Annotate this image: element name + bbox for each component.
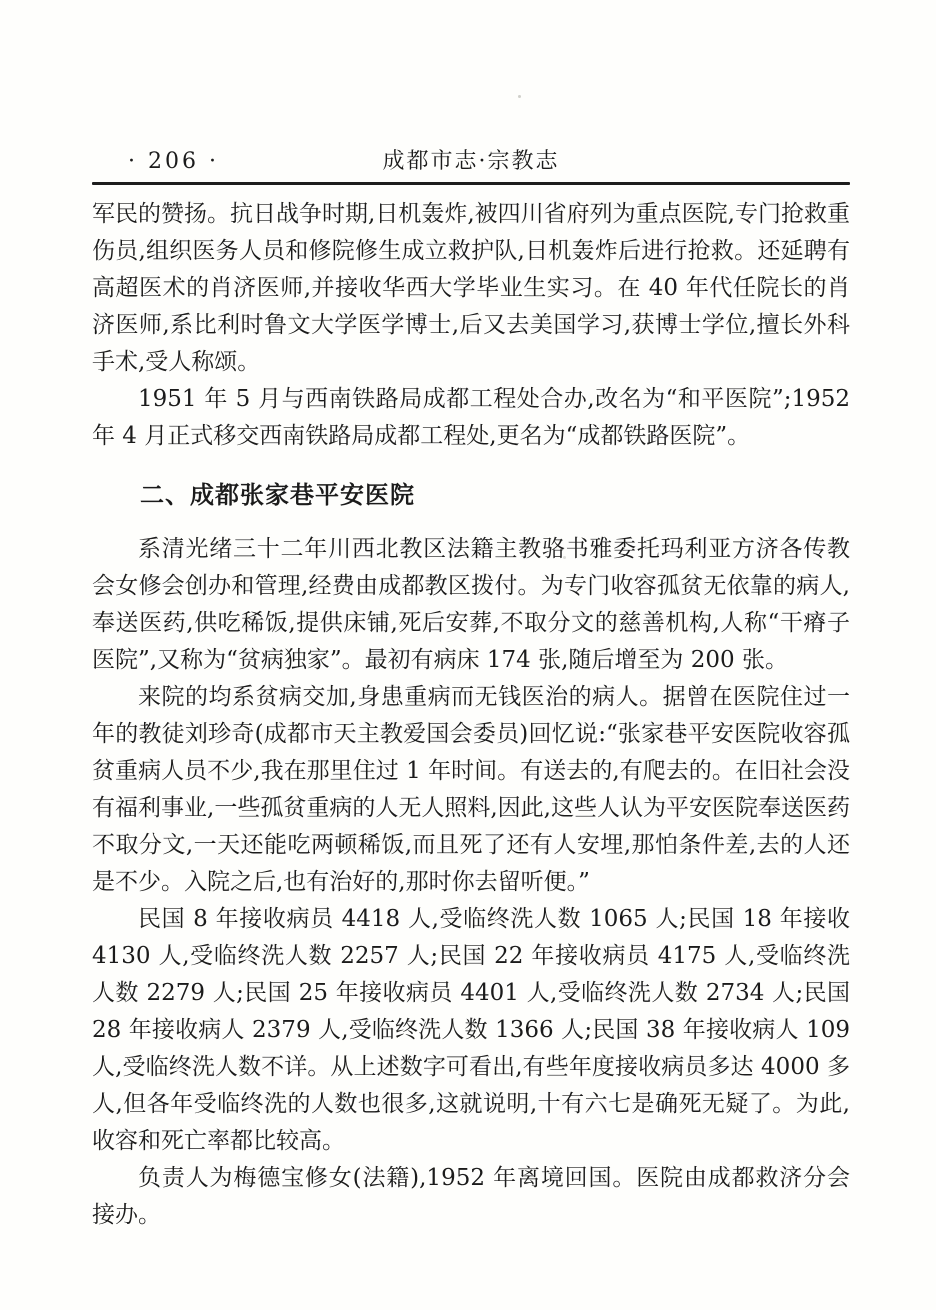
header-rule [92,182,850,185]
paragraph-statistics: 民国 8 年接收病员 4418 人,受临终洗人数 1065 人;民国 18 年接… [92,901,850,1160]
paragraph-rename-1951: 1951 年 5 月与西南铁路局成都工程处合办,改名为“和平医院”;1952 年… [92,381,850,455]
paragraph-recollection: 来院的均系贫病交加,身患重病而无钱医治的病人。据曾在医院住过一年的教徒刘珍奇(成… [92,679,850,901]
scan-artifact [518,95,521,98]
paragraph-founding: 系清光绪三十二年川西北教区法籍主教骆书雅委托玛利亚方济各传教会女修会创办和管理,… [92,531,850,679]
paragraph-hospital-continuation: 军民的赞扬。抗日战争时期,日机轰炸,被四川省府列为重点医院,专门抢救重伤员,组织… [92,196,850,381]
paragraph-director: 负责人为梅德宝修女(法籍),1952 年离境回国。医院由成都救济分会接办。 [92,1160,850,1234]
page-number: · 206 · [128,148,219,176]
page-content: · 206 · 成都市志·宗教志 军民的赞扬。抗日战争时期,日机轰炸,被四川省府… [92,148,850,1234]
page-header: · 206 · 成都市志·宗教志 [92,148,850,178]
section-heading-pingan-hospital: 二、成都张家巷平安医院 [92,477,850,514]
page-body: 军民的赞扬。抗日战争时期,日机轰炸,被四川省府列为重点医院,专门抢救重伤员,组织… [92,196,850,1234]
scanned-book-page: · 206 · 成都市志·宗教志 军民的赞扬。抗日战争时期,日机轰炸,被四川省府… [0,0,936,1310]
